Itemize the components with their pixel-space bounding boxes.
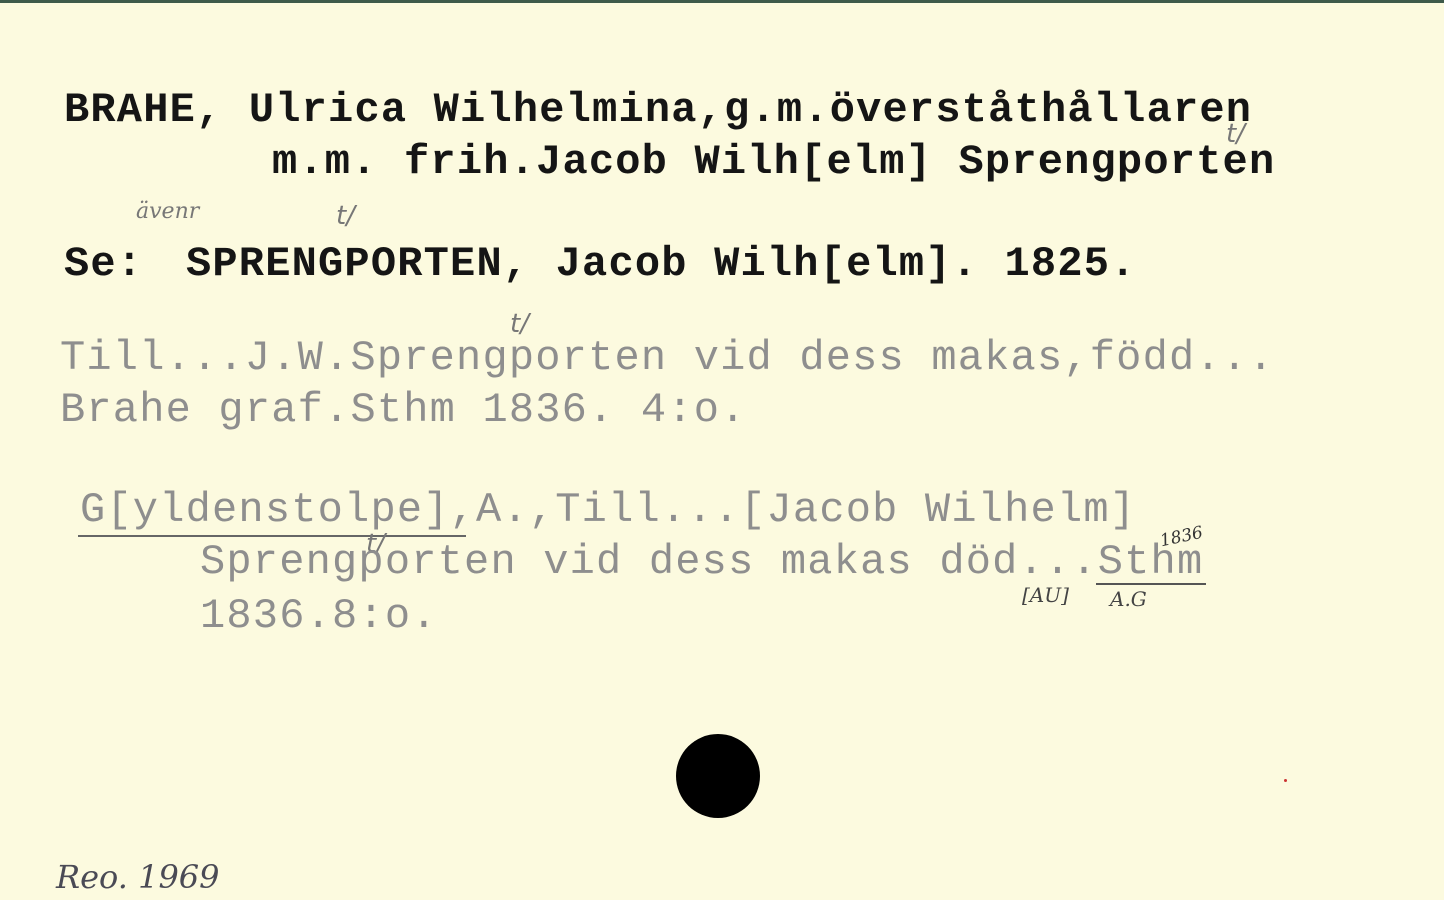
catalog-card: BRAHE, Ulrica Wilhelmina,g.m.överståthål… [0,0,1444,900]
heading-line-2: m.m. frih.Jacob Wilh[elm] Sprengporten [272,141,1275,183]
heading-line-1: BRAHE, Ulrica Wilhelmina,g.m.överståthål… [64,89,1252,131]
entry2-line-1: G[yldenstolpe],A.,Till...[Jacob Wilhelm] [80,489,1136,531]
entry2-line-2: Sprengporten vid dess makas död...Sthm [200,541,1203,583]
correction-mark: t/ [1226,121,1245,147]
entry1-line-2: Brahe graf.Sthm 1836. 4:o. [60,389,747,431]
correction-mark: t/ [336,203,355,229]
initials-overline [1096,583,1206,585]
entry2-line-3: 1836.8:o. [200,595,438,637]
see-prefix: Se: [64,243,143,285]
handwritten-initials: A.G [1110,589,1147,609]
handwritten-author-note: [AU] [1022,585,1069,605]
handwritten-note-above-see: ävenr [136,201,199,223]
speck [1284,779,1287,782]
author-underline [78,535,466,537]
card-punch-hole [676,734,760,818]
entry1-line-1: Till...J.W.Sprengporten vid dess makas,f… [60,337,1275,379]
handwritten-revision-note: Reo. 1969 [56,861,220,893]
see-reference: SPRENGPORTEN, Jacob Wilh[elm]. 1825. [186,243,1137,285]
